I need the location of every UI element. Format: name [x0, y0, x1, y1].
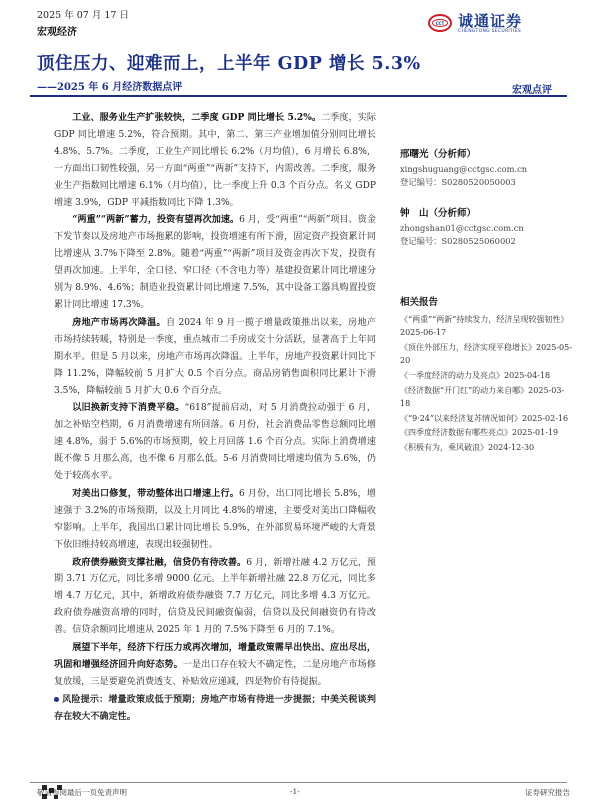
analyst-email-link[interactable]: zhongshan01@cctgsc.com.cn [400, 222, 580, 235]
logo-mark-text: CCT [436, 21, 445, 26]
paragraph-lead: 对美出口修复，带动整体出口增速上行。 [72, 488, 239, 499]
paragraph-body: “618”提前启动，对 5 月消费拉动强于 6 月，加之补贴空档期，6 月消费增… [54, 403, 376, 481]
analyst-panel: 邢曙光（分析师） xingshuguang@cctgsc.com.cn 登记编号… [400, 148, 580, 266]
related-report-link[interactable]: 《“9·24”以来经济复苏情况如何》2025-02-16 [400, 412, 572, 426]
company-logo: CCT 诚通证券 CHENGTONG SECURITIES [428, 8, 568, 38]
footer-report-type: 证券研究报告 [525, 787, 570, 798]
related-reports: 相关报告 《“两重”“两新”持续发力，经济呈现较强韧性》2025-06-17 《… [400, 296, 572, 456]
paragraph: 以旧换新支持下消费平稳。“618”提前启动，对 5 月消费拉动强于 6 月，加之… [54, 400, 376, 485]
paragraph-body: 二季度，实际 GDP 同比增速 5.2%，符合预期。其中，第二、第三产业增加值分… [54, 113, 376, 208]
paragraph-body: 自 2024 年 9 月一揽子增量政策推出以来，房地产市场持续转暖，特别是一季度… [54, 318, 376, 396]
analyst-card: 钟 山（分析师） zhongshan01@cctgsc.com.cn 登记编号：… [400, 207, 580, 248]
paragraph-body: 6 月，新增社融 4.2 万亿元，预期 3.71 万亿元，同比多增 9000 亿… [54, 558, 376, 636]
risk-notice: 风险提示：增量政策成低于预期；房地产市场有待进一步提振；中美关税谈判存在较大不确… [54, 692, 376, 726]
related-reports-title: 相关报告 [400, 296, 572, 310]
paragraph-lead: 房地产市场再次降温。 [72, 317, 166, 328]
logo-mark-icon: CCT [428, 14, 452, 32]
logo-text: 诚通证券 CHENGTONG SECURITIES [458, 13, 522, 34]
related-report-link[interactable]: 《一季度经济的动力及亮点》2025-04-18 [400, 369, 572, 383]
qr-code-icon [42, 785, 62, 800]
report-subtitle: ——2025 年 6 月经济数据点评 [37, 78, 182, 93]
related-report-link[interactable]: 《经济数据“开门红”的动力来自哪》2025-03-18 [400, 384, 572, 411]
paragraph-lead: 以旧换新支持下消费平稳。 [72, 402, 184, 413]
bullet-icon [54, 697, 59, 702]
footer-divider [30, 782, 567, 783]
paragraph: 对美出口修复，带动整体出口增速上行。6 月份，出口同比增长 5.8%，增速强于 … [54, 486, 376, 554]
related-report-link[interactable]: 《四季度经济数据有哪些亮点》2025-01-19 [400, 426, 572, 440]
analyst-registration: 登记编号：S0280525060002 [400, 235, 580, 248]
analyst-card: 邢曙光（分析师） xingshuguang@cctgsc.com.cn 登记编号… [400, 148, 580, 189]
paragraph-lead: 工业、服务业生产扩张较快，二季度 GDP 同比增长 5.2%。 [72, 112, 321, 123]
main-body: 工业、服务业生产扩张较快，二季度 GDP 同比增长 5.2%。二季度，实际 GD… [54, 110, 376, 727]
related-report-link[interactable]: 《顶住外部压力，经济实现平稳增长》2025-05-20 [400, 341, 572, 368]
report-category: 宏观经济 [37, 23, 77, 38]
paragraph-lead: 政府债券融资支撑社融，信贷仍有待改善。 [72, 557, 246, 568]
page-number: -1- [290, 787, 300, 796]
paragraph-lead: “两重”“两新”蓄力，投资有望再次加速。 [72, 214, 239, 225]
related-report-link[interactable]: 《“两重”“两新”持续发力，经济呈现较强韧性》2025-06-17 [400, 313, 572, 340]
analyst-registration: 登记编号：S0280520050003 [400, 176, 580, 189]
document-type: 宏观点评 [512, 81, 552, 96]
analyst-email-link[interactable]: xingshuguang@cctgsc.com.cn [400, 163, 580, 176]
paragraph: 工业、服务业生产扩张较快，二季度 GDP 同比增长 5.2%。二季度，实际 GD… [54, 110, 376, 211]
paragraph: “两重”“两新”蓄力，投资有望再次加速。6 月，受“两重”“两新”项目、资金下发… [54, 212, 376, 313]
logo-name-cn: 诚通证券 [458, 13, 522, 29]
analyst-name: 钟 山（分析师） [400, 207, 580, 220]
paragraph: 政府债券融资支撑社融，信贷仍有待改善。6 月，新增社融 4.2 万亿元，预期 3… [54, 555, 376, 640]
report-title: 顶住压力、迎难而上，上半年 GDP 增长 5.3% [37, 50, 421, 75]
paragraph-body: 6 月，受“两重”“两新”项目、资金下发节奏以及房地产市场拖累的影响，投资增速有… [54, 215, 376, 310]
analyst-name: 邢曙光（分析师） [400, 148, 580, 161]
risk-notice-text: 风险提示：增量政策成低于预期；房地产市场有待进一步提振；中美关税谈判存在较大不确… [54, 694, 376, 722]
report-date: 2025 年 07 月 17 日 [37, 7, 129, 21]
logo-name-en: CHENGTONG SECURITIES [458, 29, 522, 34]
related-report-link[interactable]: 《积极有为，乘风破浪》2024-12-30 [400, 441, 572, 455]
header-divider [30, 95, 567, 97]
paragraph: 展望下半年，经济下行压力或再次增加，增量政策需早出快出、应出尽出，巩固和增强经济… [54, 640, 376, 691]
paragraph: 房地产市场再次降温。自 2024 年 9 月一揽子增量政策推出以来，房地产市场持… [54, 315, 376, 400]
